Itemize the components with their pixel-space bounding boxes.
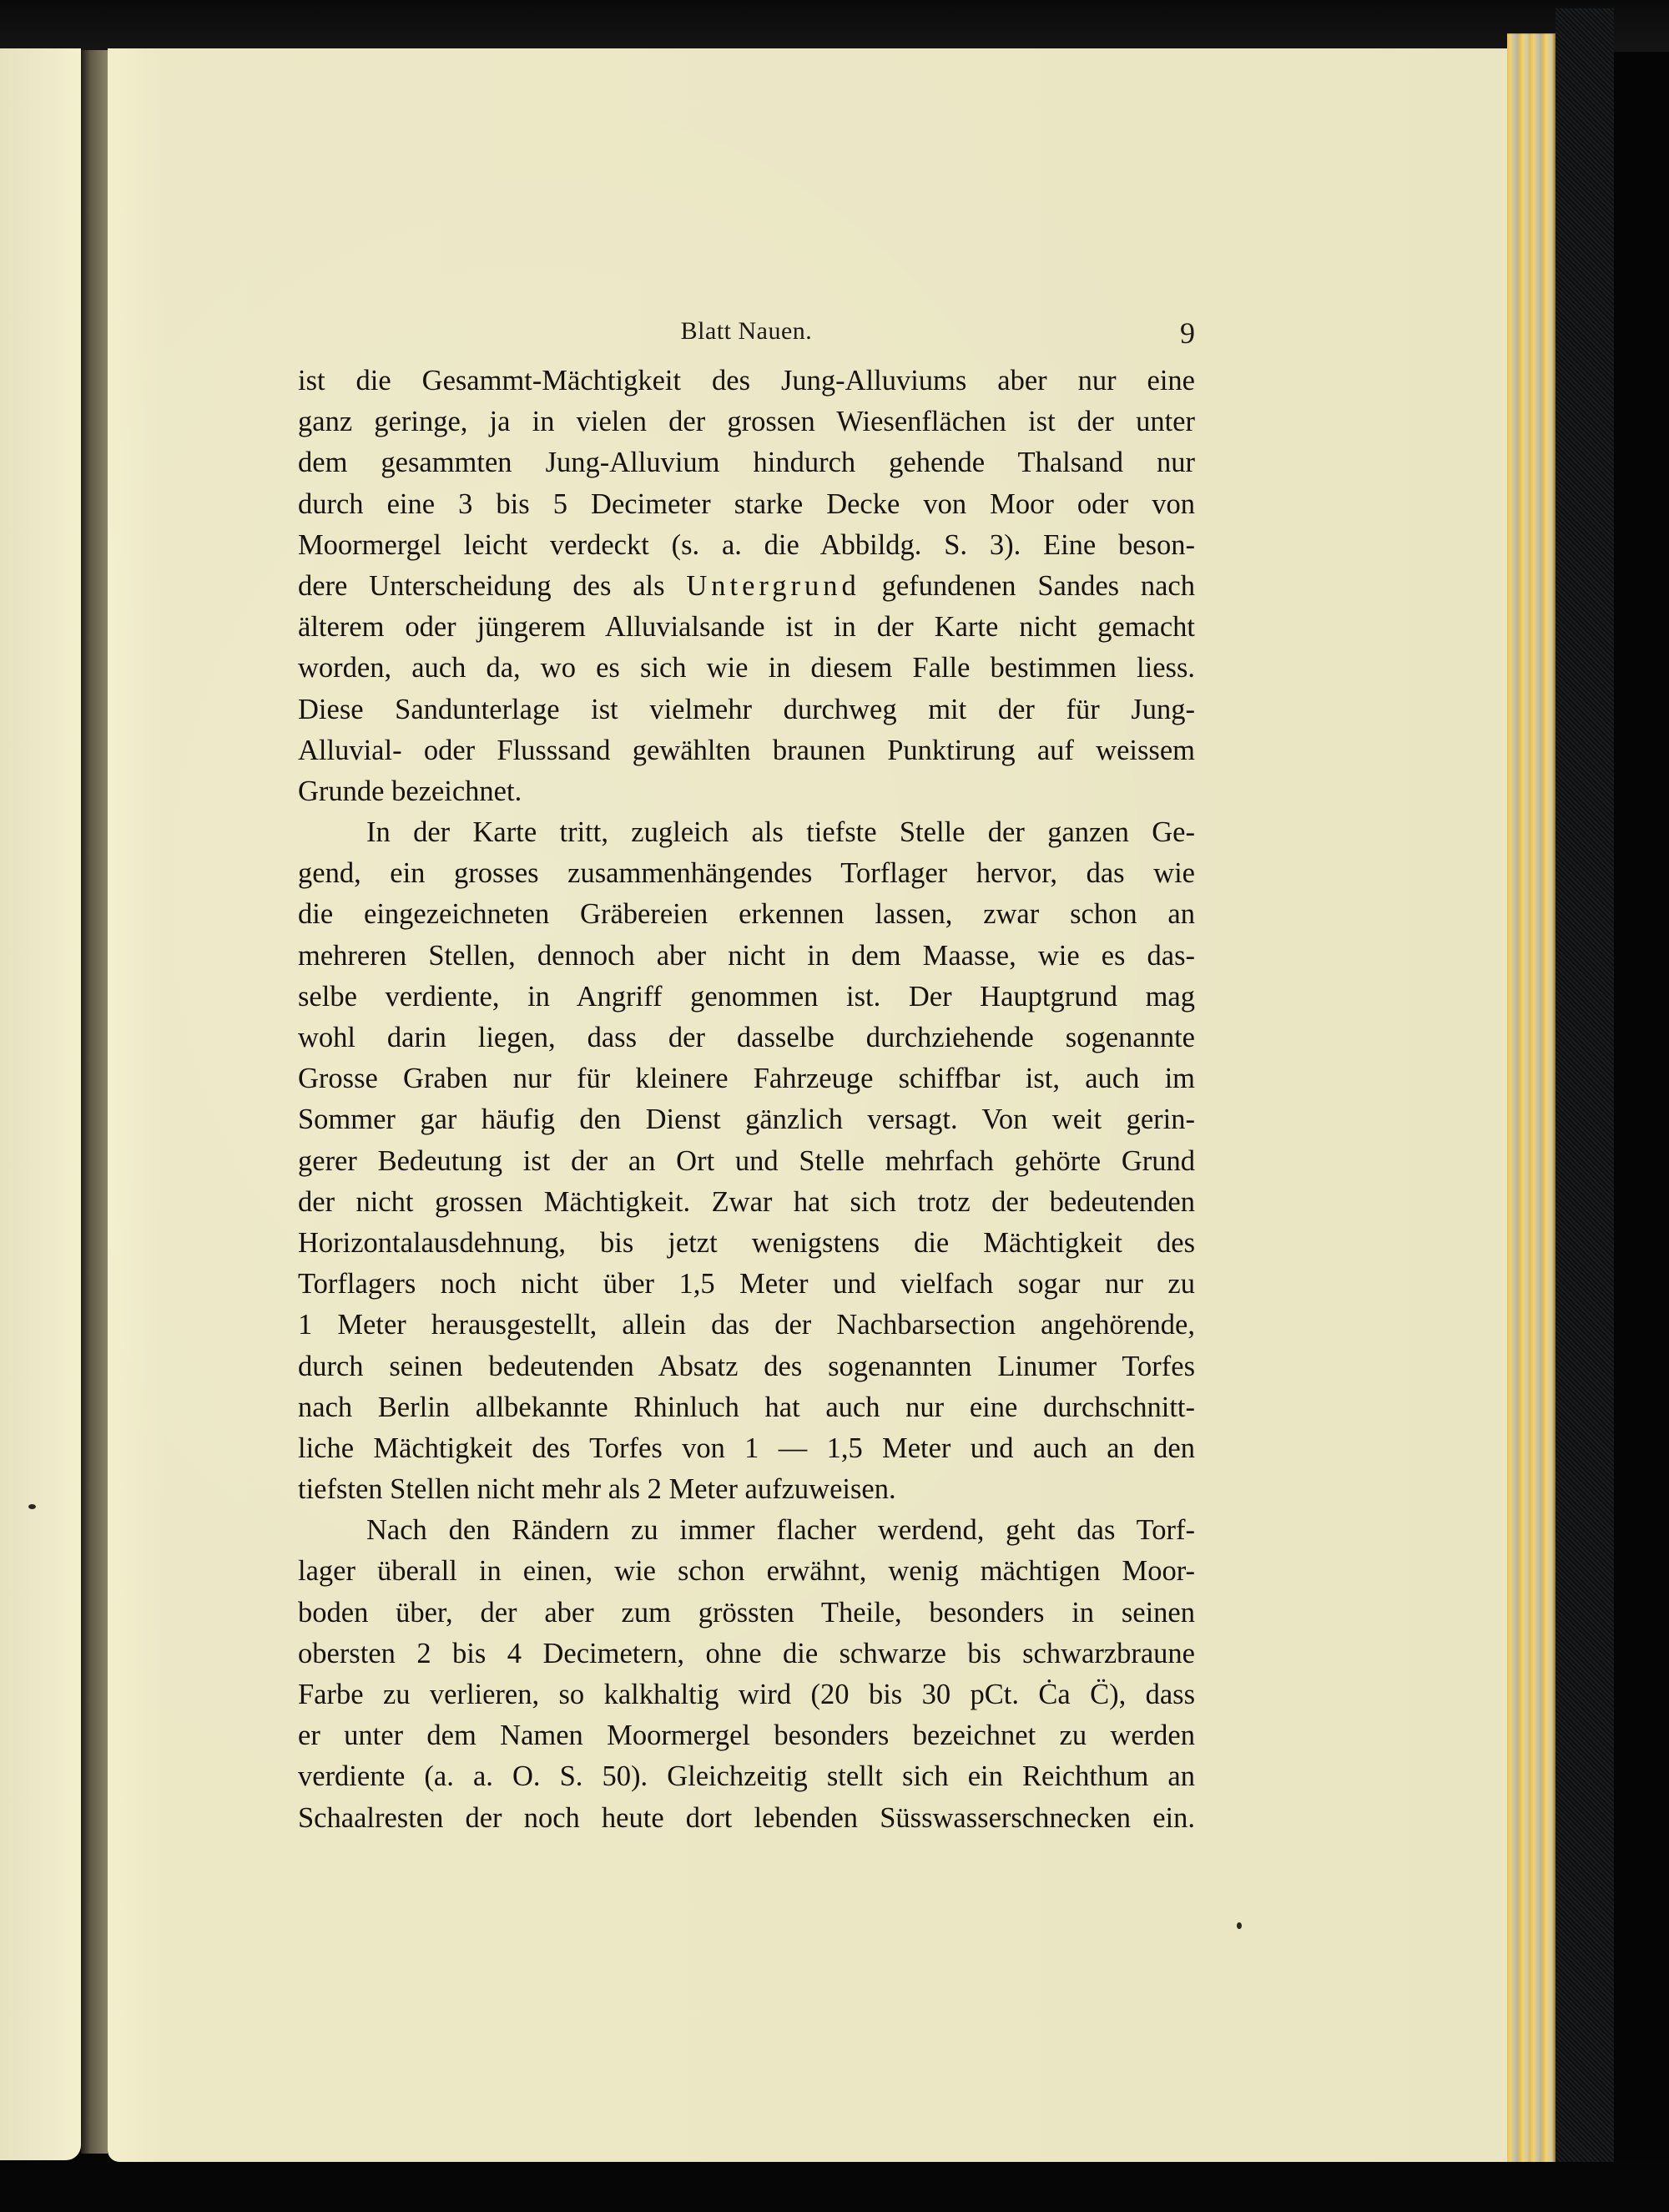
paragraph-start-line: In der Karte tritt, zugleich als tiefste… — [298, 812, 1195, 853]
text-line: boden über, der aber zum grössten Theile… — [298, 1593, 1195, 1634]
text-segment: gefundenen Sandes nach — [860, 570, 1195, 602]
text-line: gerer Bedeutung ist der an Ort und Stell… — [298, 1141, 1195, 1182]
text-line: ganz geringe, ja in vielen der grossen W… — [298, 401, 1195, 442]
left-page-edge — [0, 48, 81, 2160]
text-line: die eingezeichneten Gräbereien erkennen … — [298, 894, 1195, 935]
text-line: Grosse Graben nur für kleinere Fahrzeuge… — [298, 1058, 1195, 1099]
running-head: Blatt Nauen. 9 — [298, 317, 1195, 351]
paragraph-start-line: Nach den Rändern zu immer flacher werden… — [298, 1510, 1195, 1551]
text-line: nach Berlin allbekannte Rhinluch hat auc… — [298, 1387, 1195, 1428]
text-line: durch eine 3 bis 5 Decimeter starke Deck… — [298, 484, 1195, 525]
paper-speck — [28, 1504, 36, 1509]
text-line: 1 Meter herausgestellt, allein das der N… — [298, 1305, 1195, 1346]
text-line: liche Mächtigkeit des Torfes von 1 — 1,5… — [298, 1428, 1195, 1469]
text-line: wohl darin liegen, dass der dasselbe dur… — [298, 1018, 1195, 1058]
text-line: obersten 2 bis 4 Decimetern, ohne die sc… — [298, 1634, 1195, 1674]
text-line: Farbe zu verlieren, so kalkhaltig wird (… — [298, 1674, 1195, 1715]
text-line: er unter dem Namen Moormergel besonders … — [298, 1715, 1195, 1756]
body-text: ist die Gesammt-Mächtigkeit des Jung-All… — [298, 361, 1195, 1839]
text-line: Schaalresten der noch heute dort lebende… — [298, 1798, 1195, 1839]
text-line: dem gesammten Jung-Alluvium hindurch geh… — [298, 442, 1195, 483]
text-line: ist die Gesammt-Mächtigkeit des Jung-All… — [298, 361, 1195, 401]
text-line: selbe verdiente, in Angriff genommen ist… — [298, 977, 1195, 1018]
text-line: worden, auch da, wo es sich wie in diese… — [298, 648, 1195, 689]
book-cover-top — [0, 0, 1669, 52]
text-line: verdiente (a. a. O. S. 50). Gleichzeitig… — [298, 1756, 1195, 1797]
text-line: dere Unterscheidung des als Untergrund g… — [298, 566, 1195, 607]
page-number: 9 — [1180, 316, 1195, 351]
emphasized-word: Untergrund — [686, 570, 860, 602]
text-line: älterem oder jüngerem Alluvialsande ist … — [298, 607, 1195, 648]
text-line: Diese Sandunterlage ist vielmehr durchwe… — [298, 689, 1195, 730]
book-gutter — [81, 50, 108, 2154]
text-line: lager überall in einen, wie schon erwähn… — [298, 1551, 1195, 1592]
text-line: Torflagers noch nicht über 1,5 Meter und… — [298, 1264, 1195, 1305]
text-line: gend, ein grosses zusammenhängendes Torf… — [298, 853, 1195, 894]
page-edges-stack — [1507, 33, 1556, 2179]
text-line: durch seinen bedeutenden Absatz des soge… — [298, 1346, 1195, 1387]
text-line: Moormergel leicht verdeckt (s. a. die Ab… — [298, 525, 1195, 566]
text-line: mehreren Stellen, dennoch aber nicht in … — [298, 936, 1195, 977]
paragraph-end-line: Grunde bezeichnet. — [298, 771, 1195, 812]
text-line: der nicht grossen Mächtigkeit. Zwar hat … — [298, 1182, 1195, 1223]
book-cover-right — [1556, 8, 1614, 2195]
text-line: Sommer gar häufig den Dienst gänzlich ve… — [298, 1099, 1195, 1140]
text-segment: dere Unterscheidung des als — [298, 570, 686, 602]
text-line: Horizontalausdehnung, bis jetzt wenigste… — [298, 1223, 1195, 1264]
running-title: Blatt Nauen. — [298, 317, 1195, 346]
text-line: Alluvial- oder Flusssand gewählten braun… — [298, 730, 1195, 771]
book-cover-bottom — [0, 2162, 1669, 2212]
paragraph-end-line: tiefsten Stellen nicht mehr als 2 Meter … — [298, 1469, 1195, 1510]
paper-speck — [1237, 1922, 1242, 1929]
